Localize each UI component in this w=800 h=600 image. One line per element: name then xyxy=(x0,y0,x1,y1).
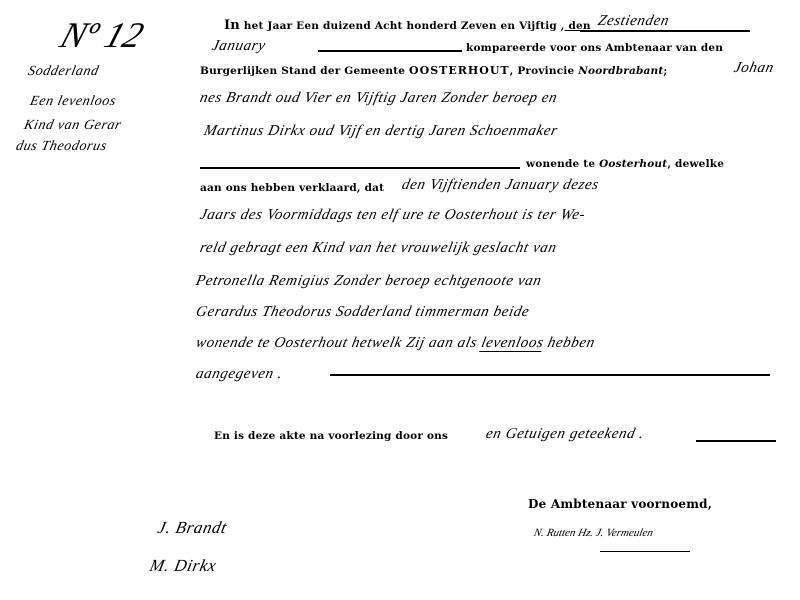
line-8-handwritten: Jaars des Voormiddags ten elf ure te Oos… xyxy=(198,207,587,224)
registry-text: Burgerlijken Stand der Gemeente xyxy=(200,65,405,77)
fill-line xyxy=(200,167,520,169)
line-6: wonende te Oosterhout, dewelke xyxy=(526,158,724,170)
margin-note-line3: dus Theodorus xyxy=(14,139,108,155)
line-4-handwritten: nes Brandt oud Vier en Vijftig Jaren Zon… xyxy=(198,90,559,107)
fill-line xyxy=(696,440,776,442)
residing-label: wonende te xyxy=(526,158,595,170)
province-label: , Provincie xyxy=(510,65,575,77)
date-month-handwritten: January xyxy=(210,38,267,55)
line-9-handwritten: reld gebragt een Kind van het vrouwelijk… xyxy=(198,240,558,257)
fill-line xyxy=(318,50,462,52)
line-7-handwritten: den Vijftienden January dezes xyxy=(400,177,600,194)
intro-text: het Jaar Een duizend Acht honderd Zeven … xyxy=(240,20,565,32)
official-label: De Ambtenaar voornoemd, xyxy=(528,497,712,511)
date-day-handwritten: Zestienden xyxy=(596,13,671,30)
line-1: In het Jaar Een duizend Acht honderd Zev… xyxy=(224,18,591,33)
margin-note-line1: Een levenloos xyxy=(28,94,117,110)
closing-handwritten: en Getuigen geteekend . xyxy=(484,426,646,443)
fill-line xyxy=(580,30,750,32)
drop-initial: In xyxy=(224,18,240,33)
residence-place: Oosterhout xyxy=(599,158,667,170)
line-10-handwritten: Petronella Remigius Zonder beroep echtge… xyxy=(194,273,543,290)
line-12-end: hebben xyxy=(546,335,596,351)
separator: ; xyxy=(663,65,667,77)
line-5-handwritten: Martinus Dirkx oud Vijf en dertig Jaren … xyxy=(202,123,559,140)
witness-signature-2: M. Dirkx xyxy=(148,556,218,576)
line-3: Burgerlijken Stand der Gemeente OOSTERHO… xyxy=(200,64,667,77)
province-name: Noordbrabant xyxy=(578,65,663,77)
line-12-handwritten: wonende te Oosterhout hetwelk Zij aan al… xyxy=(194,335,596,352)
line-7-print: aan ons hebben verklaard, dat xyxy=(200,182,384,194)
which-text: , dewelke xyxy=(667,158,724,170)
declarant-name-start: Johan xyxy=(732,60,775,77)
signature-flourish xyxy=(600,551,690,552)
stillborn-word: levenloos xyxy=(480,335,546,352)
municipality-name: OOSTERHOUT xyxy=(409,64,510,77)
closing-print: En is deze akte na voorlezing door ons xyxy=(214,430,448,442)
margin-note-line2: Kind van Gerar xyxy=(22,118,122,134)
line-2-text: kompareerde voor ons Ambtenaar van den xyxy=(466,42,723,54)
witness-signature-1: J. Brandt xyxy=(156,518,229,538)
margin-surname: Sodderland xyxy=(26,64,100,80)
line-11-handwritten: Gerardus Theodorus Sodderland timmerman … xyxy=(194,304,531,321)
line-13-handwritten: aangegeven . xyxy=(194,366,284,383)
official-signature: N. Rutten Hz. J. Vermeulen xyxy=(533,527,654,539)
act-number: Nº 12 xyxy=(55,14,149,56)
fill-line xyxy=(330,374,770,376)
line-12-text: wonende te Oosterhout hetwelk Zij aan al… xyxy=(194,335,478,351)
